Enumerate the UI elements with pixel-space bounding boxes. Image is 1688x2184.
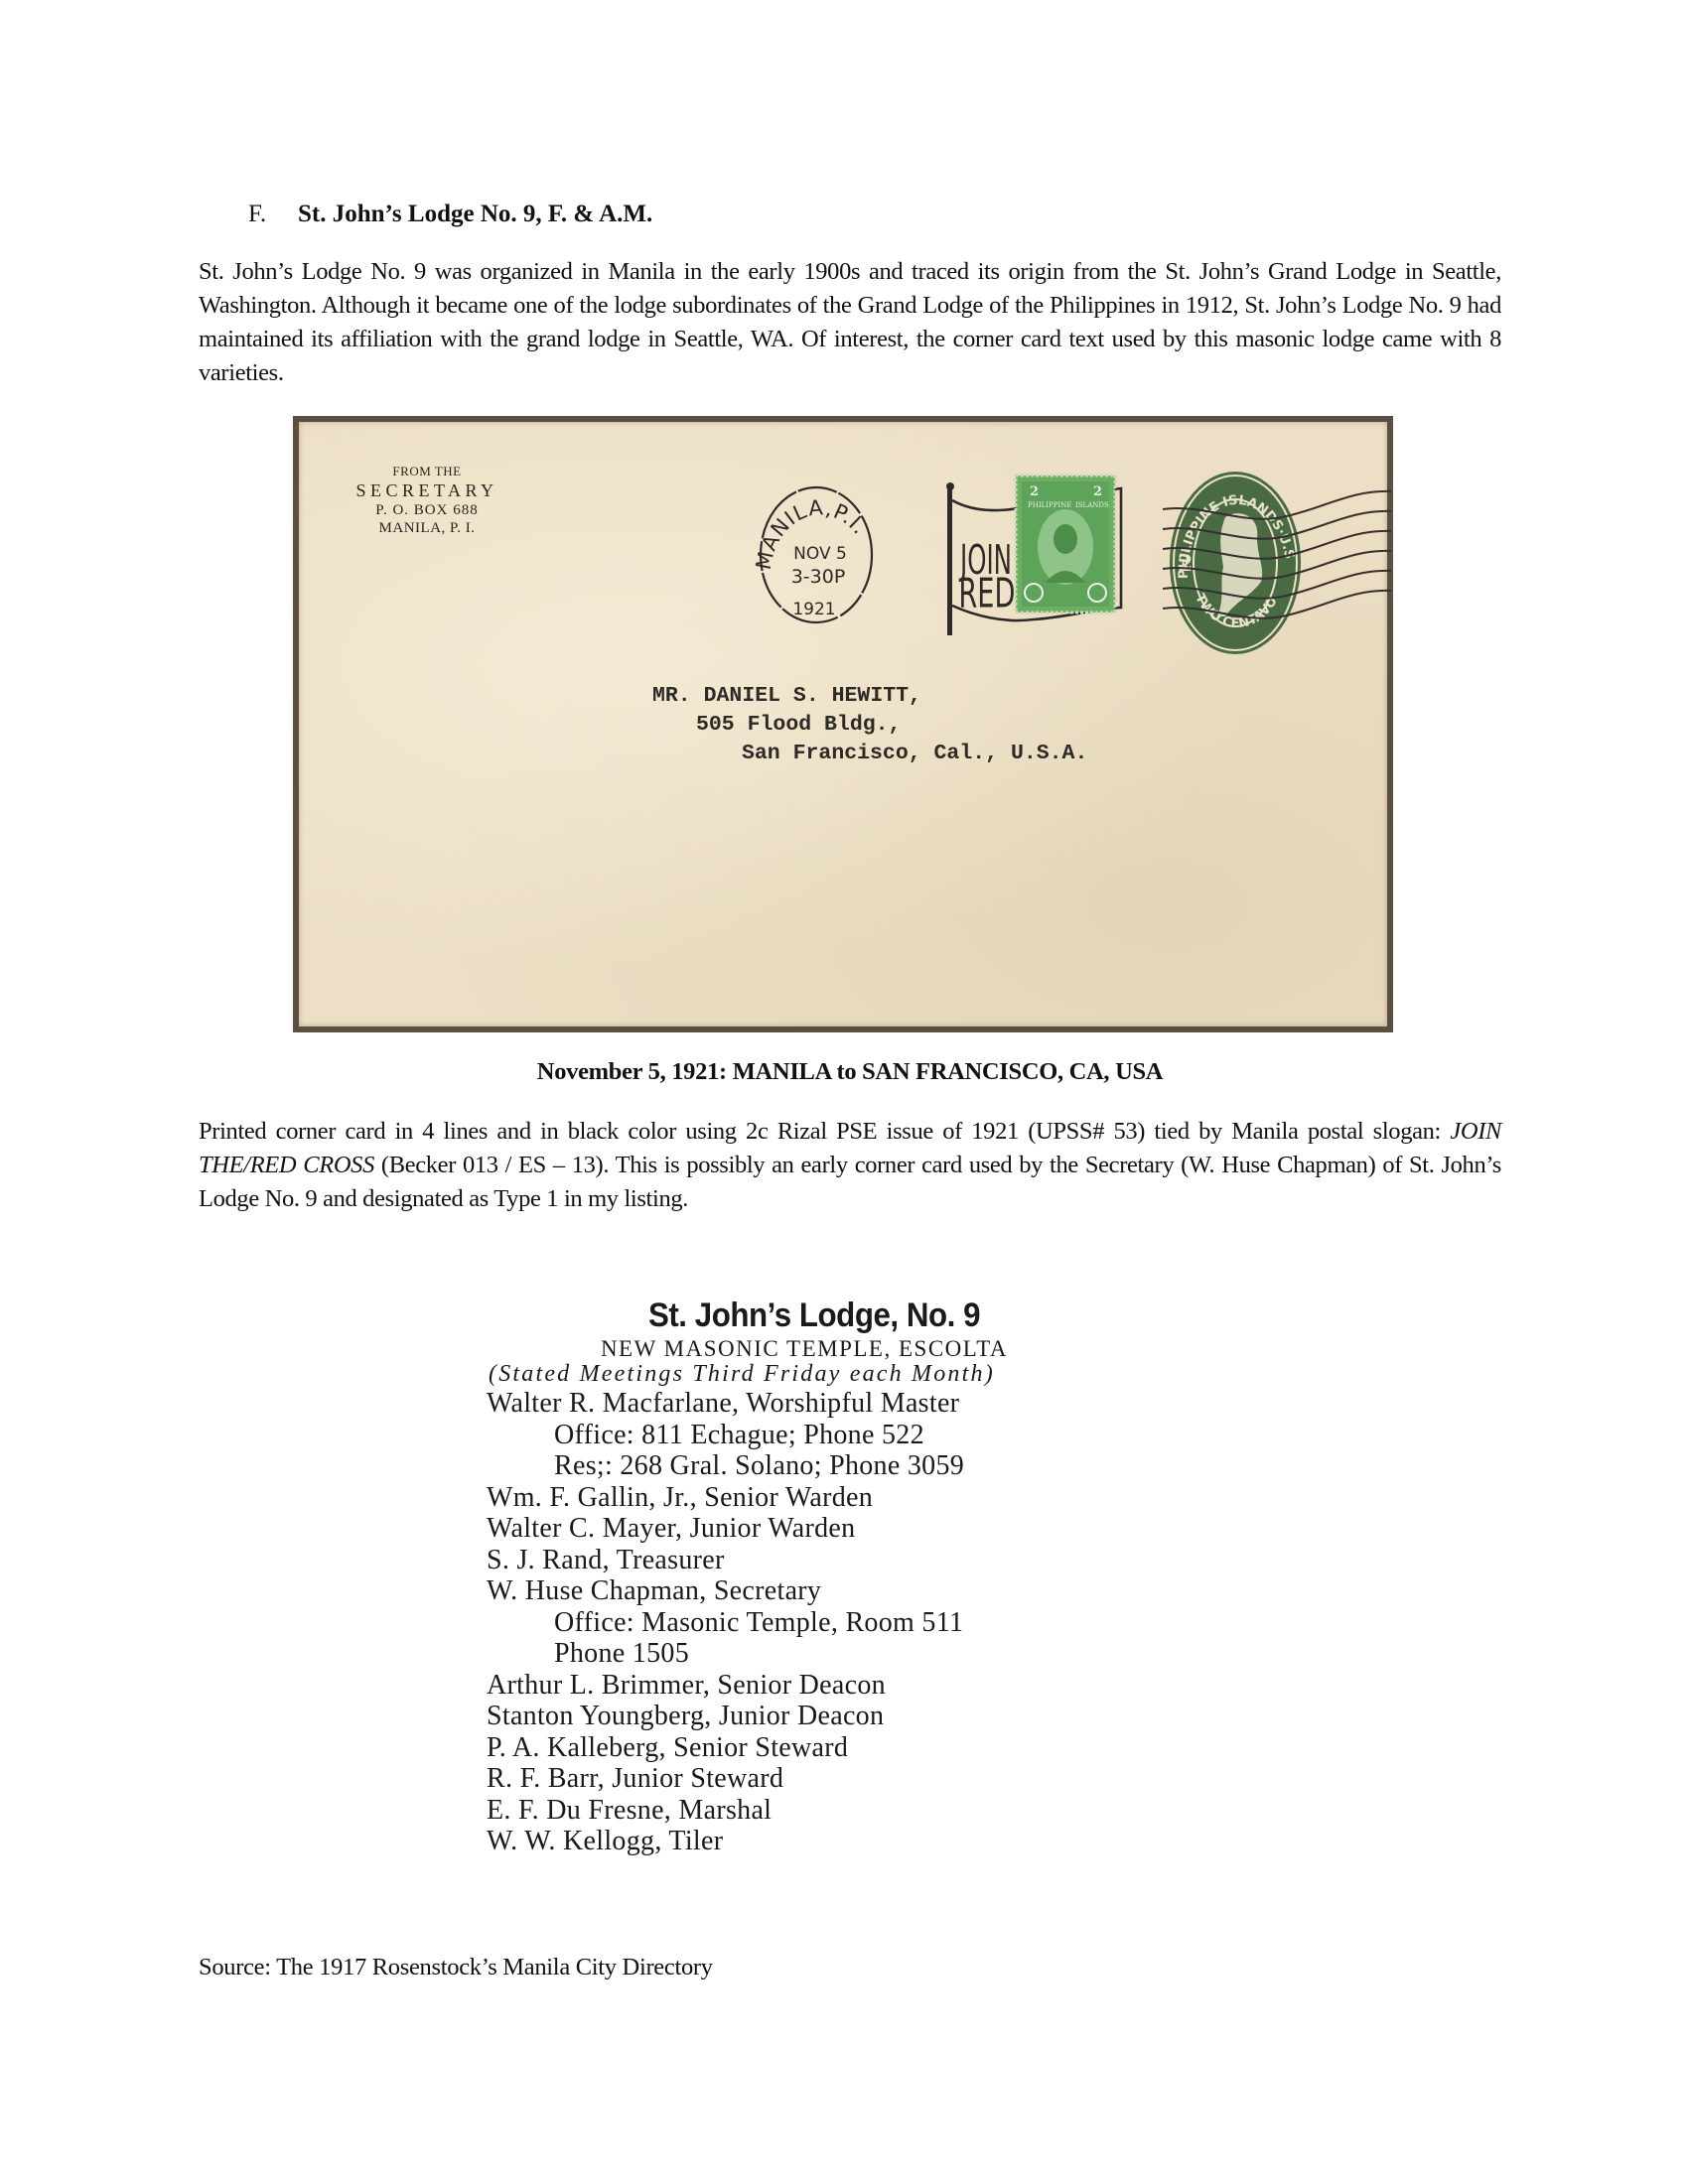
description-text: Printed corner card in 4 lines and in bl… xyxy=(199,1118,1450,1145)
stamp-text-left: PHILIPPINE xyxy=(1028,501,1071,509)
section-heading: F.St. John’s Lodge No. 9, F. & A.M. xyxy=(248,201,652,228)
directory-line: Office: 811 Echague; Phone 522 xyxy=(487,1420,1221,1451)
corner-card-line: FROM THE xyxy=(343,464,511,479)
directory-subtitle: NEW MASONIC TEMPLE, ESCOLTA xyxy=(496,1336,1112,1362)
directory-line: Arthur L. Brimmer, Senior Deacon xyxy=(487,1670,1221,1702)
postmark-time: 3-30P xyxy=(791,566,846,588)
directory-line: W. Huse Chapman, Secretary xyxy=(487,1575,1221,1607)
directory-line: S. J. Rand, Treasurer xyxy=(487,1545,1221,1576)
intro-paragraph: St. John’s Lodge No. 9 was organized in … xyxy=(199,255,1501,390)
directory-line: Phone 1505 xyxy=(487,1638,1221,1670)
directory-title: St. John’s Lodge, No. 9 xyxy=(540,1297,1088,1335)
rizal-2c-stamp: 2 2 PHILIPPINE ISLANDS xyxy=(1014,474,1117,614)
stamp-text-right: ISLANDS xyxy=(1075,501,1109,509)
corner-card-line: SECRETARY xyxy=(343,480,511,501)
stamp-value: 2 xyxy=(1030,484,1039,499)
description-text: (Becker 013 / ES – 13). This is possibly… xyxy=(199,1152,1501,1212)
directory-line: Wm. F. Gallin, Jr., Senior Warden xyxy=(487,1482,1221,1514)
address-line: San Francisco, Cal., U.S.A. xyxy=(652,740,1087,768)
postmark-date: NOV 5 xyxy=(793,544,847,564)
section-letter: F. xyxy=(248,201,298,228)
corner-card-line: P. O. BOX 688 xyxy=(343,502,511,519)
directory-officer-list: Walter R. Macfarlane, Worshipful MasterO… xyxy=(487,1388,1221,1857)
directory-excerpt-image: St. John’s Lodge, No. 9 NEW MASONIC TEMP… xyxy=(487,1297,1221,1857)
wavy-cancel-lines xyxy=(1163,481,1391,630)
corner-card-line: MANILA, P. I. xyxy=(343,520,511,537)
directory-line: Res;: 268 Gral. Solano; Phone 3059 xyxy=(487,1450,1221,1482)
envelope-cover-image: FROM THE SECRETARY P. O. BOX 688 MANILA,… xyxy=(293,416,1393,1032)
address-line: 505 Flood Bldg., xyxy=(652,711,1087,740)
directory-line: Walter R. Macfarlane, Worshipful Master xyxy=(487,1388,1221,1420)
directory-note: (Stated Meetings Third Friday each Month… xyxy=(487,1361,1221,1388)
directory-line: R. F. Barr, Junior Steward xyxy=(487,1763,1221,1795)
directory-line: W. W. Kellogg, Tiler xyxy=(487,1826,1221,1857)
directory-line: Walter C. Mayer, Junior Warden xyxy=(487,1513,1221,1545)
directory-line: Office: Masonic Temple, Room 511 xyxy=(487,1607,1221,1639)
figure-caption: November 5, 1921: MANILA to SAN FRANCISC… xyxy=(199,1058,1501,1086)
directory-line: P. A. Kalleberg, Senior Steward xyxy=(487,1732,1221,1764)
directory-line: E. F. Du Fresne, Marshal xyxy=(487,1795,1221,1827)
corner-card: FROM THE SECRETARY P. O. BOX 688 MANILA,… xyxy=(343,464,511,537)
address-line: MR. DANIEL S. HEWITT, xyxy=(652,682,1087,711)
directory-line: Stanton Youngberg, Junior Deacon xyxy=(487,1701,1221,1732)
recipient-address: MR. DANIEL S. HEWITT,505 Flood Bldg.,San… xyxy=(652,682,1087,768)
svg-text:2: 2 xyxy=(1093,484,1102,499)
manila-postmark: MANILA,P.I. NOV 5 3-30P 1921 xyxy=(755,479,878,626)
source-citation: Source: The 1917 Rosenstock’s Manila Cit… xyxy=(199,1954,713,1981)
section-title: St. John’s Lodge No. 9, F. & A.M. xyxy=(298,201,652,227)
description-paragraph: Printed corner card in 4 lines and in bl… xyxy=(199,1115,1501,1216)
postmark-year: 1921 xyxy=(792,600,835,619)
